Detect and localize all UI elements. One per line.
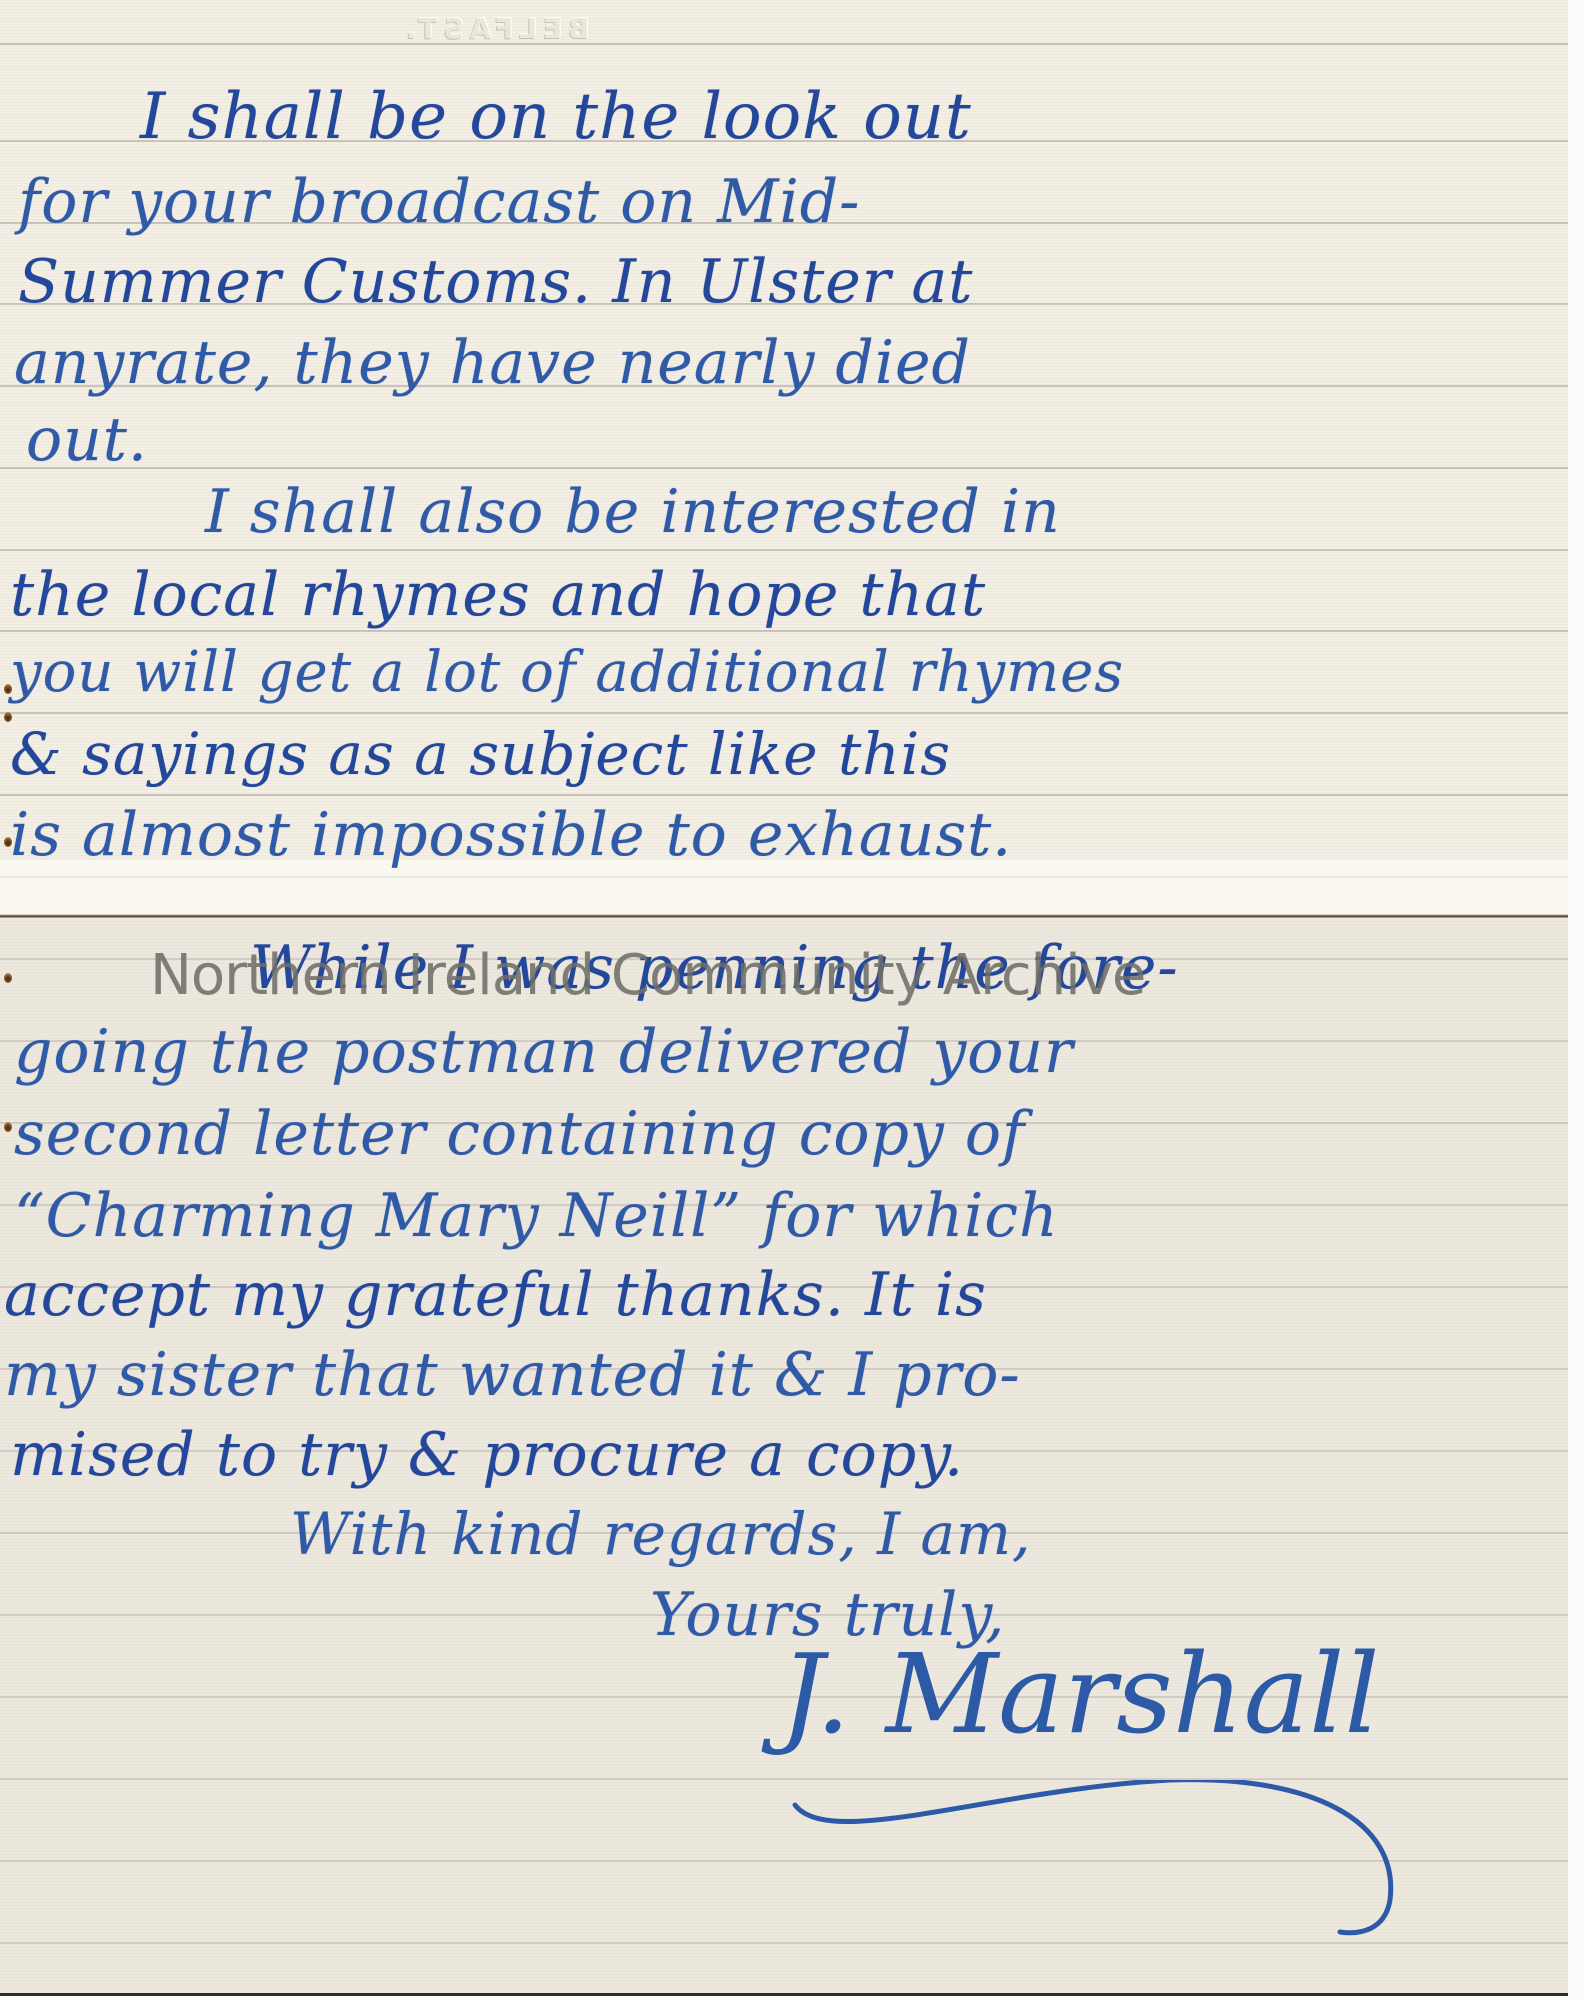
letter-line: Summer Customs. In Ulster at xyxy=(18,252,973,312)
signature-flourish xyxy=(790,1780,1490,1940)
ruled-line xyxy=(0,467,1568,469)
letter-line: my sister that wanted it & I pro- xyxy=(4,1345,1021,1405)
ruled-line xyxy=(0,549,1568,551)
letter-line: going the postman delivered your xyxy=(14,1022,1074,1082)
embossed-header: BELFAST. xyxy=(400,12,590,45)
archive-watermark: Northern Ireland Community Archive xyxy=(150,943,1145,1008)
letter-line: you will get a lot of additional rhymes xyxy=(10,645,1124,701)
ruled-line xyxy=(0,630,1568,632)
letter-line: anyrate, they have nearly died xyxy=(14,333,971,393)
letter-page: BELFAST. I shall be on the look out for … xyxy=(0,0,1568,1996)
letter-line: for your broadcast on Mid- xyxy=(18,172,860,232)
letter-line: is almost impossible to exhaust. xyxy=(10,805,1012,865)
letter-line: the local rhymes and hope that xyxy=(10,565,986,625)
letter-line: & sayings as a subject like this xyxy=(10,725,951,783)
punch-hole xyxy=(4,1122,12,1132)
ruled-line xyxy=(0,794,1568,796)
letter-line: accept my grateful thanks. It is xyxy=(4,1265,987,1325)
ruled-line xyxy=(0,43,1568,45)
letter-line: I shall be on the look out xyxy=(140,85,972,149)
letter-line: second letter containing copy of xyxy=(14,1104,1025,1164)
letter-line: “Charming Mary Neill” for which xyxy=(14,1186,1059,1246)
letter-line: mised to try & procure a copy. xyxy=(10,1425,964,1485)
ruled-line xyxy=(0,712,1568,714)
fold-crease xyxy=(0,914,1568,918)
punch-hole xyxy=(4,973,12,983)
letter-line: I shall also be interested in xyxy=(205,482,1061,542)
closing-salutation: With kind regards, I am, xyxy=(290,1505,1031,1563)
signature: J. Marshall xyxy=(780,1630,1380,1758)
letter-line: out. xyxy=(26,410,148,470)
